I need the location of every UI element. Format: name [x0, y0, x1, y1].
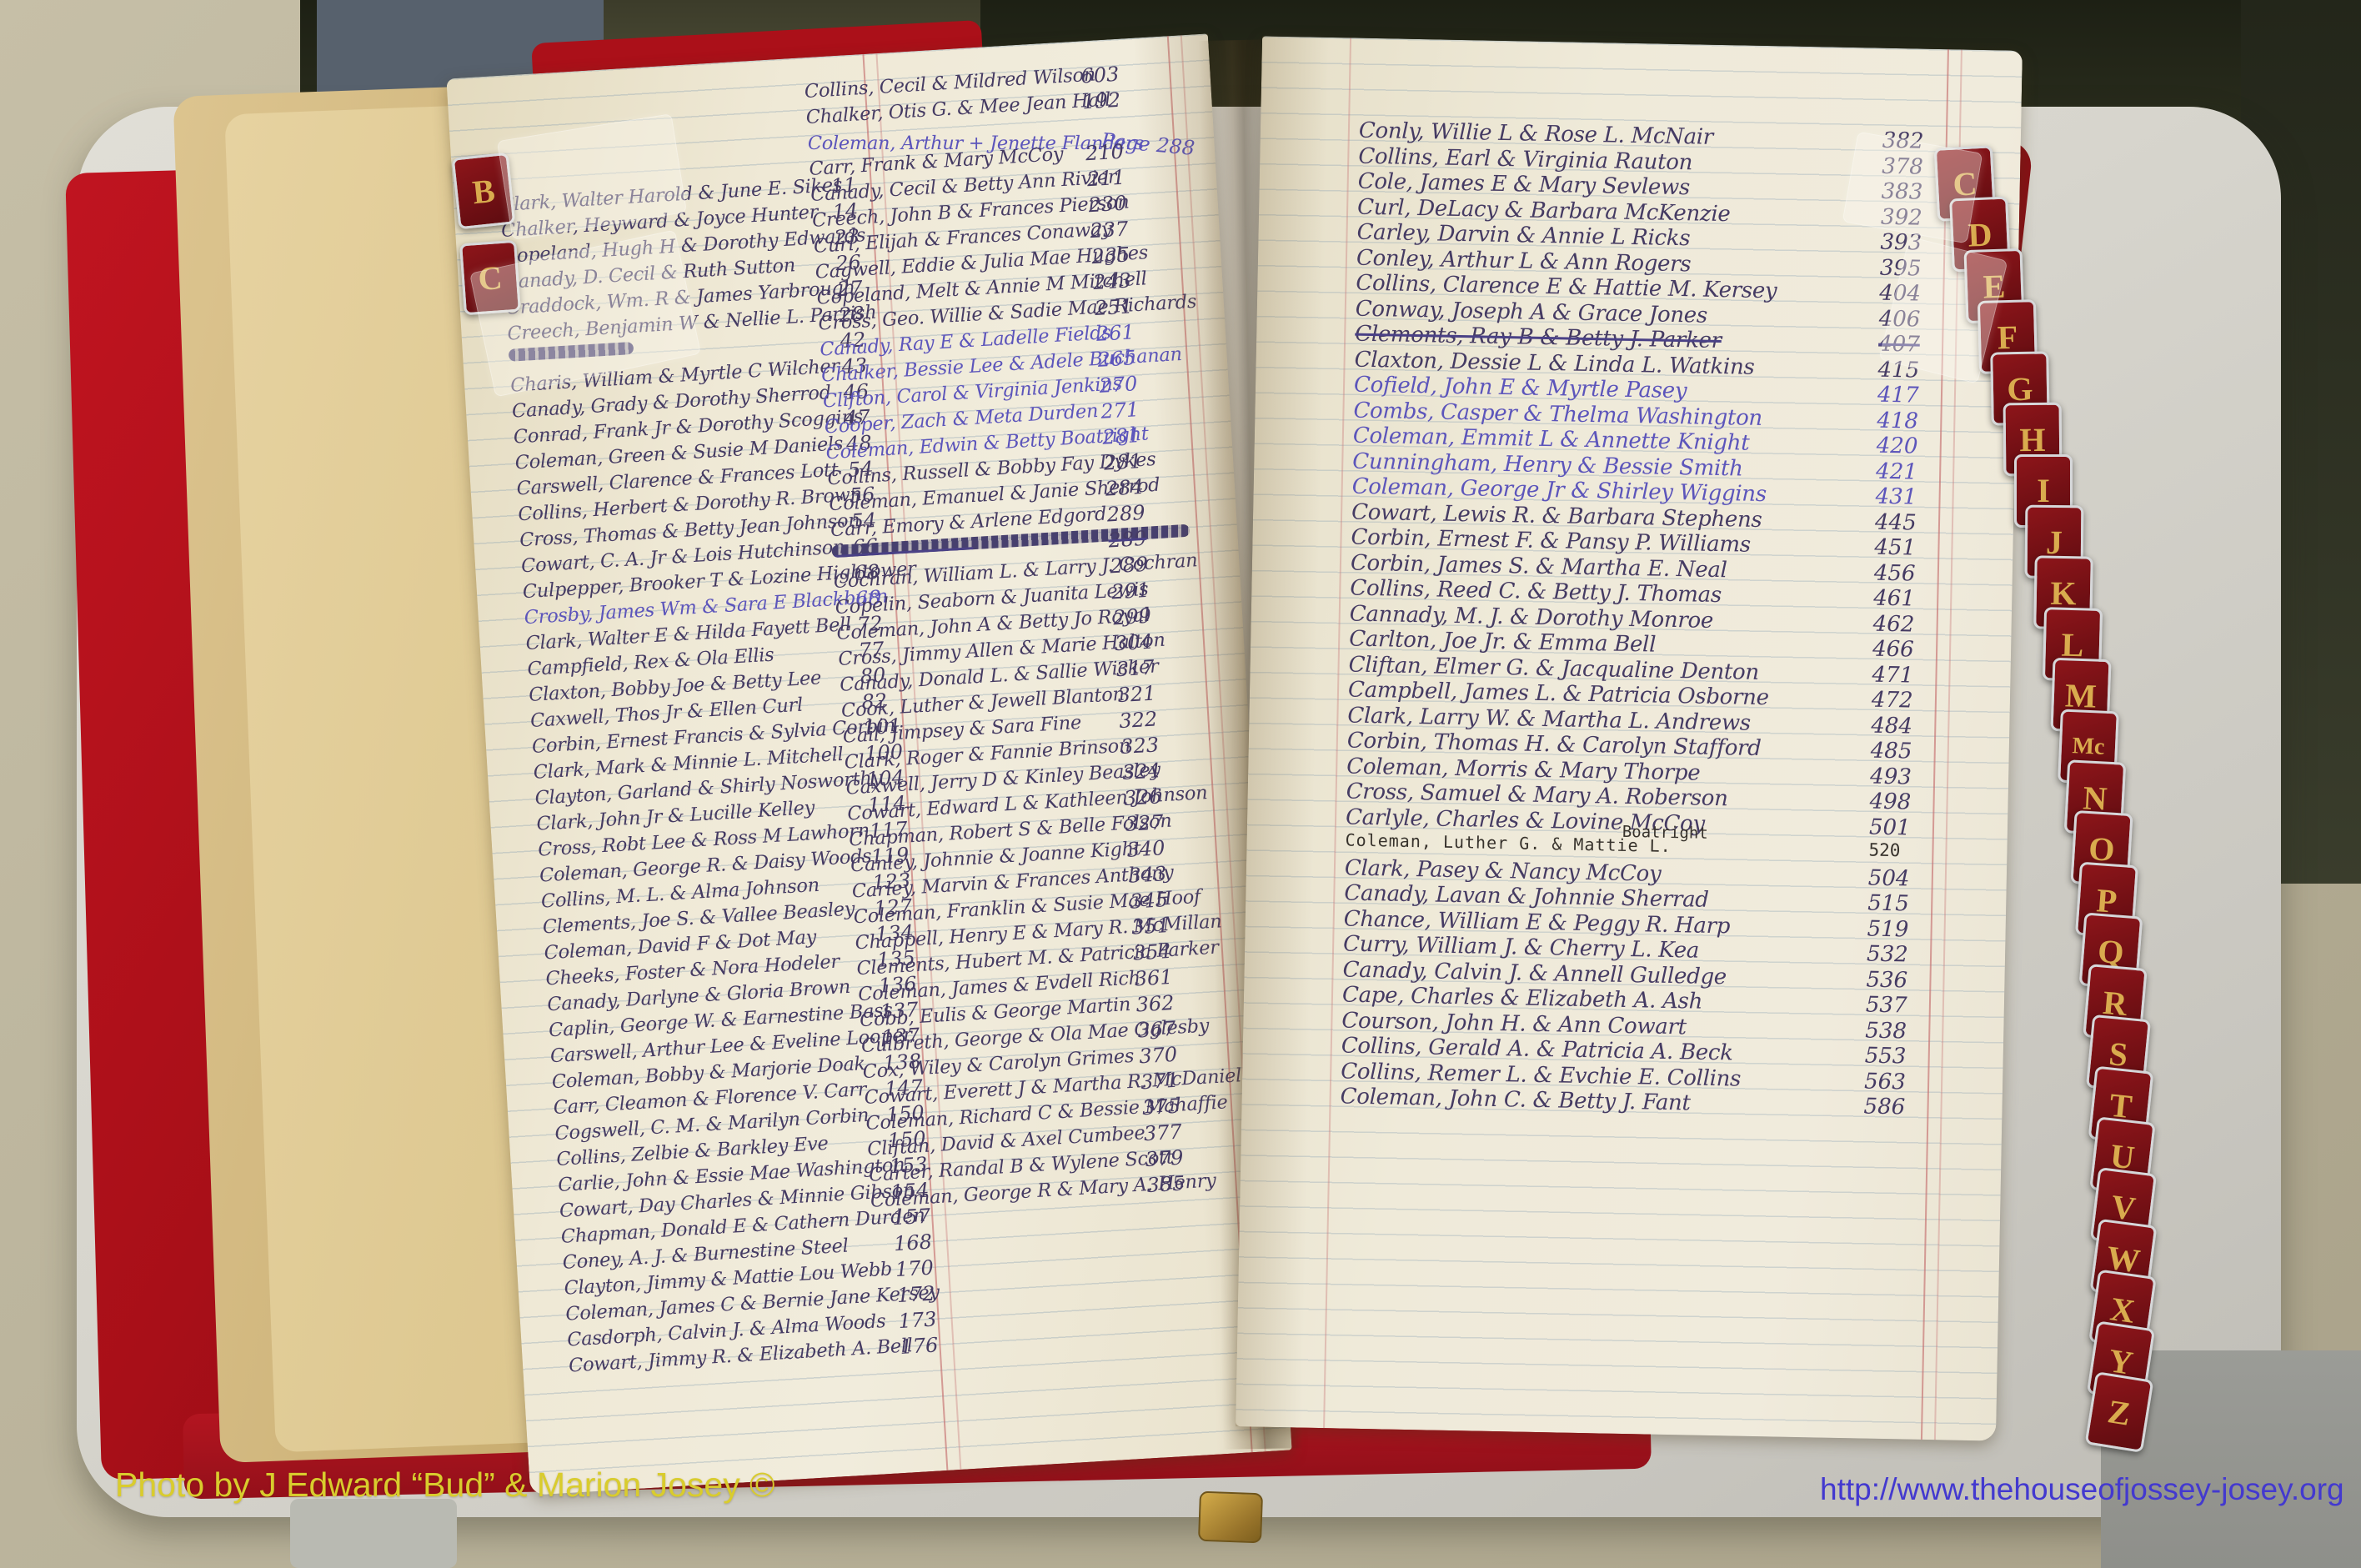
entry-page-number: 504: [1868, 865, 1910, 891]
entry-page-number: 237: [1090, 217, 1129, 243]
entry-page-number: 461: [1873, 586, 1915, 612]
entry-page-number: 472: [1872, 688, 1913, 714]
entry-page-number: 462: [1872, 611, 1914, 637]
entry-page-number: 265: [1097, 346, 1136, 372]
entry-page-number: 498: [1869, 789, 1911, 815]
entry-page-number: 420: [1877, 433, 1918, 459]
entry-page-number: 170: [895, 1256, 934, 1282]
photo-credit-watermark: Photo by J Edward “Bud” & Marion Josey ©: [115, 1465, 774, 1505]
entry-page-number: 211: [1086, 166, 1125, 192]
entry-page-number: 515: [1867, 891, 1909, 917]
entry-page-number: 299: [1112, 604, 1151, 630]
entry-page-number: 271: [1100, 398, 1140, 423]
entry-page-number: 261: [1095, 320, 1135, 346]
entry-page-number: 445: [1875, 509, 1917, 535]
entry-page-number: 289: [1108, 527, 1147, 553]
entry-page-number: 345: [1129, 888, 1168, 914]
entry-page-number: 603: [1080, 63, 1120, 88]
entry-page-number: 375: [1141, 1095, 1180, 1120]
entry-page-number: 304: [1114, 630, 1153, 656]
entry-page-number: 370: [1139, 1043, 1178, 1069]
entry-page-number: 537: [1866, 993, 1907, 1019]
entry-page-number: 289: [1110, 553, 1149, 579]
entry-page-number: 343: [1128, 862, 1167, 888]
entry-page-number: 321: [1117, 681, 1156, 707]
entry-page-number: 501: [1869, 814, 1911, 840]
entry-page-number: 379: [1145, 1145, 1184, 1171]
entry-page-number: 289: [1106, 501, 1145, 527]
entry-page-number: 377: [1143, 1120, 1182, 1146]
entry-page-number: 362: [1135, 991, 1175, 1017]
entry-page-number: 421: [1876, 458, 1917, 484]
entry-page-number: 586: [1863, 1094, 1905, 1120]
entry-page-number: 326: [1123, 784, 1162, 810]
entry-page-number: 192: [1081, 88, 1120, 114]
entry-page-number: 466: [1872, 637, 1914, 663]
entry-page-number: 176: [900, 1333, 939, 1359]
entry-page-number: 322: [1119, 707, 1158, 733]
entry-page-number: 172: [896, 1281, 935, 1307]
entry-page-number: 168: [893, 1230, 932, 1256]
entry-page-number: 317: [1115, 656, 1155, 682]
entry-page-number: 367: [1137, 1017, 1176, 1043]
entry-page-number: 536: [1866, 967, 1907, 993]
website-url-watermark: http://www.thehouseofjossey-josey.org: [1820, 1472, 2344, 1507]
entry-page-number: 281: [1103, 449, 1142, 475]
left-page-column-2: Collins, Cecil & Mildred Wilson603Chalke…: [804, 58, 1262, 1215]
entry-page-number: 484: [1871, 713, 1912, 739]
entry-page-number: 456: [1874, 560, 1916, 586]
entry-page-number: 210: [1085, 140, 1124, 166]
entry-page-number: 418: [1877, 408, 1918, 433]
tab-z-icon: Z: [2085, 1371, 2154, 1453]
entry-page-number: 485: [1870, 739, 1912, 764]
entry-page-number: 323: [1120, 733, 1159, 759]
entry-page-number: 173: [898, 1307, 937, 1333]
gold-clasp: [1198, 1491, 1263, 1544]
entry-page-number: 351: [1130, 914, 1170, 939]
entry-page-number: 538: [1865, 1018, 1907, 1044]
entry-page-number: 431: [1875, 484, 1917, 510]
entry-page-number: 281: [1101, 423, 1140, 449]
entry-page-number: 235: [1091, 243, 1130, 268]
entry-page-number: 493: [1870, 764, 1912, 789]
entry-page-number: 361: [1134, 965, 1173, 991]
entry-page-number: 553: [1864, 1044, 1906, 1070]
entry-page-number: 385: [1146, 1171, 1186, 1197]
entry-page-number: 340: [1126, 836, 1165, 862]
entry-page-number: 230: [1088, 192, 1127, 218]
entry-page-number: 354: [1132, 939, 1171, 965]
entry-superscript: Boatright: [1622, 823, 1708, 843]
entry-page-number: 371: [1140, 1069, 1179, 1095]
entry-page-number: 327: [1125, 810, 1164, 836]
entry-page-number: 519: [1867, 916, 1908, 942]
right-page: Conly, Willie L & Rose L. McNair382Colli…: [1236, 36, 2023, 1440]
entry-page-number: 520: [1868, 840, 1900, 861]
entry-page-number: 532: [1867, 942, 1908, 968]
entry-page-number: 324: [1121, 759, 1160, 784]
entry-page-number: 270: [1099, 372, 1138, 398]
photo-of-ledger-book: Clark, Walter Harold & June E. Sikes11Ch…: [0, 0, 2361, 1568]
entry-page-number: 451: [1874, 535, 1916, 561]
entry-page-number: 251: [1094, 294, 1133, 320]
entry-page-number: 417: [1877, 383, 1919, 408]
right-page-column: Conly, Willie L & Rose L. McNair382Colli…: [1340, 118, 1993, 1122]
entry-page-number: 284: [1105, 475, 1144, 501]
table-leg: [290, 1499, 457, 1568]
entry-page-number: 471: [1872, 662, 1913, 688]
entry-page-number: 563: [1864, 1069, 1906, 1095]
entry-page-number: 243: [1092, 268, 1131, 294]
entry-page-number: 291: [1110, 579, 1150, 604]
